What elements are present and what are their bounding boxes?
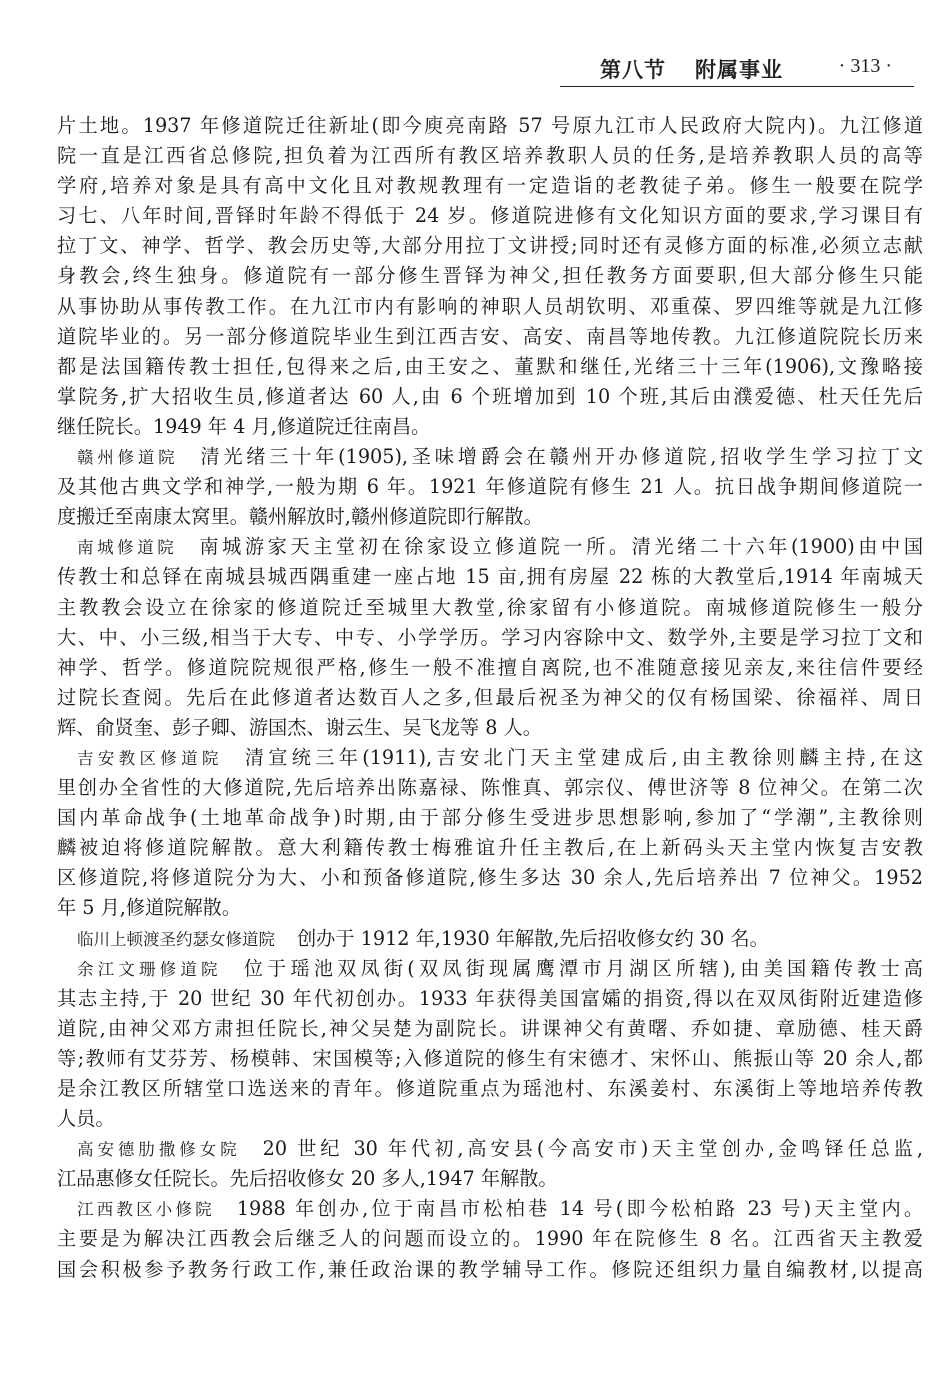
text-line: 掌院务,扩大招收生员,修道者达 60 人,由 6 个班增加到 10 个班,其后由… [57,382,923,412]
text-line: 赣州修道院清光绪三十年(1905),圣味增爵会在赣州开办修道院,招收学生学习拉丁… [57,442,923,472]
paragraph-gaoan-convent: 高安德肋撒修女院20 世纪 30 年代初,高安县(今高安市)天主堂创办,金鸣铎任… [57,1134,923,1194]
text-line: 主教教会设立在徐家的修道院迁至城里大教堂,徐家留有小修道院。南城修道院修生一般分 [57,593,923,623]
body-text: 片土地。1937 年修道院迁往新址(即今庾亮南路 57 号原九江市人民政府大院内… [57,111,923,1285]
text-line: 及其他古典文学和神学,一般为期 6 年。1921 年修道院有修生 21 人。抗日… [57,472,923,502]
text-line: 过院长查阅。先后在此修道者达数百人之多,但最后祝圣为神父的仅有杨国梁、徐福祥、周… [57,683,923,713]
text-line: 区修道院,将修道院分为大、小和预备修道院,修生多达 30 余人,先后培养出 7 … [57,863,923,893]
text-line: 继任院长。1949 年 4 月,修道院迁往南昌。 [57,412,923,442]
text-line: 度搬迁至南康太窝里。赣州解放时,赣州修道院即行解散。 [57,502,923,532]
text-line: 身教会,终生独身。修道院有一部分修生晋铎为神父,担任教务方面要职,但大部分修生只… [57,261,923,291]
text-span: 20 世纪 30 年代初,高安县(今高安市)天主堂创办,金鸣铎任总监, [263,1137,923,1160]
entry-title: 赣州修道院 [77,448,178,467]
paragraph-jian-diocese-seminary: 吉安教区修道院清宣统三年(1911),吉安北门天主堂建成后,由主教徐则麟主持,在… [57,743,923,924]
text-span: 南城游家天主堂初在徐家设立修道院一所。清光绪二十六年(1900)由中国 [199,535,923,558]
text-line: 临川上顿渡圣约瑟女修道院创办于 1912 年,1930 年解散,先后招收修女约 … [57,924,923,954]
text-line: 年 5 月,修道院解散。 [57,893,923,923]
text-line: 国会积极参予教务行政工作,兼任政治课的教学辅导工作。修院还组织力量自编教材,以提… [57,1255,923,1285]
text-span: 创办于 1912 年,1930 年解散,先后招收修女约 30 名。 [297,927,769,950]
text-span: 清光绪三十年(1905),圣味增爵会在赣州开办修道院,招收学生学习拉丁文 [200,445,923,468]
entry-title: 吉安教区修道院 [77,749,223,768]
entry-title: 南城修道院 [77,538,177,557]
text-line: 是余江教区所辖堂口选送来的青年。修道院重点为瑶池村、东溪姜村、东溪街上等地培养传… [57,1074,923,1104]
text-line: 国内革命战争(土地革命战争)时期,由于部分修生受进步思想影响,参加了“学潮”,主… [57,803,923,833]
text-line: 其志主持,于 20 世纪 30 年代初创办。1933 年获得美国富孀的捐资,得以… [57,984,923,1014]
entry-title: 高安德肋撒修女院 [77,1140,241,1159]
header-section-label: 第八节 [600,54,666,84]
text-line: 学府,培养对象是具有高中文化且对教规教理有一定造诣的老教徒子弟。修生一般要在院学 [57,171,923,201]
text-line: 拉丁文、神学、哲学、教会历史等,大部分用拉丁文讲授;同时还有灵修方面的标准,必须… [57,231,923,261]
text-line: 江品惠修女任院长。先后招收修女 20 多人,1947 年解散。 [57,1164,923,1194]
text-span: 1988 年创办,位于南昌市松柏巷 14 号(即今松柏路 23 号)天主堂内。 [237,1197,923,1220]
paragraph-yujiang-seminary: 余江文珊修道院位于瑶池双凤街(双凤街现属鹰潭市月湖区所辖),由美国籍传教士高 其… [57,954,923,1135]
text-line: 江西教区小修院1988 年创办,位于南昌市松柏巷 14 号(即今松柏路 23 号… [57,1194,923,1224]
running-header: 第八节 附属事业 · 313 · [560,50,914,87]
text-line: 辉、俞贤奎、彭子卿、游国杰、谢云生、吴飞龙等 8 人。 [57,713,923,743]
text-line: 里创办全省性的大修道院,先后培养出陈嘉禄、陈惟真、郭宗仪、傅世济等 8 位神父。… [57,773,923,803]
text-line: 大、中、小三级,相当于大专、中专、小学学历。学习内容除中文、数学外,主要是学习拉… [57,623,923,653]
text-line: 主要是为解决江西教会后继乏人的问题而设立的。1990 年在院修生 8 名。江西省… [57,1224,923,1254]
header-chapter-title: 附属事业 [695,54,783,84]
text-line: 院一直是江西省总修院,担负着为江西所有教区培养教职人员的任务,是培养教职人员的高… [57,141,923,171]
text-span: 位于瑶池双凤街(双凤街现属鹰潭市月湖区所辖),由美国籍传教士高 [244,957,923,980]
entry-title: 江西教区小修院 [77,1200,215,1219]
paragraph-jiangxi-minor-seminary: 江西教区小修院1988 年创办,位于南昌市松柏巷 14 号(即今松柏路 23 号… [57,1194,923,1284]
text-line: 传教士和总铎在南城县城西隅重建一座占地 15 亩,拥有房屋 22 栋的大教堂后,… [57,562,923,592]
text-line: 片土地。1937 年修道院迁往新址(即今庾亮南路 57 号原九江市人民政府大院内… [57,111,923,141]
text-line: 吉安教区修道院清宣统三年(1911),吉安北门天主堂建成后,由主教徐则麟主持,在… [57,743,923,773]
paragraph-jiujiang-continuation: 片土地。1937 年修道院迁往新址(即今庾亮南路 57 号原九江市人民政府大院内… [57,111,923,442]
page-number: · 313 · [839,55,892,78]
text-line: 习七、八年时间,晋铎时年龄不得低于 24 岁。修道院进修有文化知识方面的要求,学… [57,201,923,231]
text-line: 都是法国籍传教士担任,包得来之后,由王安之、董默和继任,光绪三十三年(1906)… [57,352,923,382]
text-line: 神学、哲学。修道院院规很严格,修生一般不准擅自离院,也不准随意接见亲友,来往信件… [57,653,923,683]
text-line: 从事协助从事传教工作。在九江市内有影响的神职人员胡钦明、邓重葆、罗四维等就是九江… [57,292,923,322]
paragraph-ganzhou-seminary: 赣州修道院清光绪三十年(1905),圣味增爵会在赣州开办修道院,招收学生学习拉丁… [57,442,923,532]
entry-title: 临川上顿渡圣约瑟女修道院 [77,930,275,949]
text-line: 南城修道院南城游家天主堂初在徐家设立修道院一所。清光绪二十六年(1900)由中国 [57,532,923,562]
text-line: 高安德肋撒修女院20 世纪 30 年代初,高安县(今高安市)天主堂创办,金鸣铎任… [57,1134,923,1164]
entry-title: 余江文珊修道院 [77,960,222,979]
text-line: 麟被迫将修道院解散。意大利籍传教士梅雅谊升任主教后,在上新码头天主堂内恢复吉安教 [57,833,923,863]
text-line: 余江文珊修道院位于瑶池双凤街(双凤街现属鹰潭市月湖区所辖),由美国籍传教士高 [57,954,923,984]
text-line: 道院毕业的。另一部分修道院毕业生到江西吉安、高安、南昌等地传教。九江修道院院长历… [57,322,923,352]
text-line: 道院,由神父邓方肃担任院长,神父吴楚为副院长。讲课神父有黄曙、乔如捷、章励德、桂… [57,1014,923,1044]
text-line: 人员。 [57,1104,923,1134]
paragraph-nancheng-seminary: 南城修道院南城游家天主堂初在徐家设立修道院一所。清光绪二十六年(1900)由中国… [57,532,923,743]
paragraph-linchuan-convent: 临川上顿渡圣约瑟女修道院创办于 1912 年,1930 年解散,先后招收修女约 … [57,924,923,954]
text-span: 清宣统三年(1911),吉安北门天主堂建成后,由主教徐则麟主持,在这 [245,746,923,769]
text-line: 等;教师有艾芬芳、杨模韩、宋国模等;入修道院的修生有宋德才、宋怀山、熊振山等 2… [57,1044,923,1074]
